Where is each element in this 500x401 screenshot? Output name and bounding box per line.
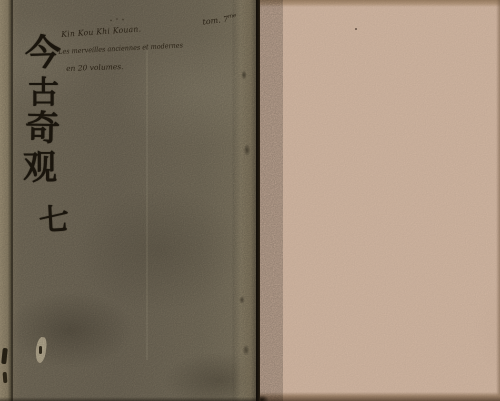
page-right-edge	[496, 0, 500, 401]
spine-fold-line	[11, 0, 13, 401]
title-character-qi: 奇	[25, 112, 61, 148]
volume-character-seven: 七	[38, 205, 70, 237]
cover-bottom-shadow	[0, 397, 257, 401]
page-corner-shadow	[260, 394, 271, 401]
ink-specks	[109, 17, 125, 22]
worn-spot-mark	[39, 346, 42, 354]
book-scan: 今 古 奇 观 七 Kin Kou Khi Kouan. Les merveil…	[0, 0, 500, 401]
handwritten-french-title: Les merveilles anciennes et modernes	[58, 41, 183, 56]
page-top-edge	[260, 0, 500, 7]
tome-label: tom. 7	[202, 15, 229, 27]
handwritten-volume-note: en 20 volumes.	[66, 62, 124, 73]
book-cover: 今 古 奇 观 七 Kin Kou Khi Kouan. Les merveil…	[0, 0, 257, 401]
cover-crease	[146, 50, 148, 360]
tome-superscript: me	[228, 13, 237, 20]
blank-flyleaf-page	[260, 0, 500, 401]
handwritten-romanized-title: Kin Kou Khi Kouan.	[61, 24, 142, 39]
spine-ink-mark	[3, 372, 8, 383]
title-character-gu: 古	[28, 78, 59, 109]
paper-fleck	[355, 28, 357, 30]
spine-edge	[0, 0, 11, 401]
page-bottom-edge	[260, 392, 500, 401]
cover-worn-edge	[232, 0, 257, 401]
title-character-guan: 观	[23, 151, 57, 185]
title-character-jin: 今	[24, 35, 61, 72]
